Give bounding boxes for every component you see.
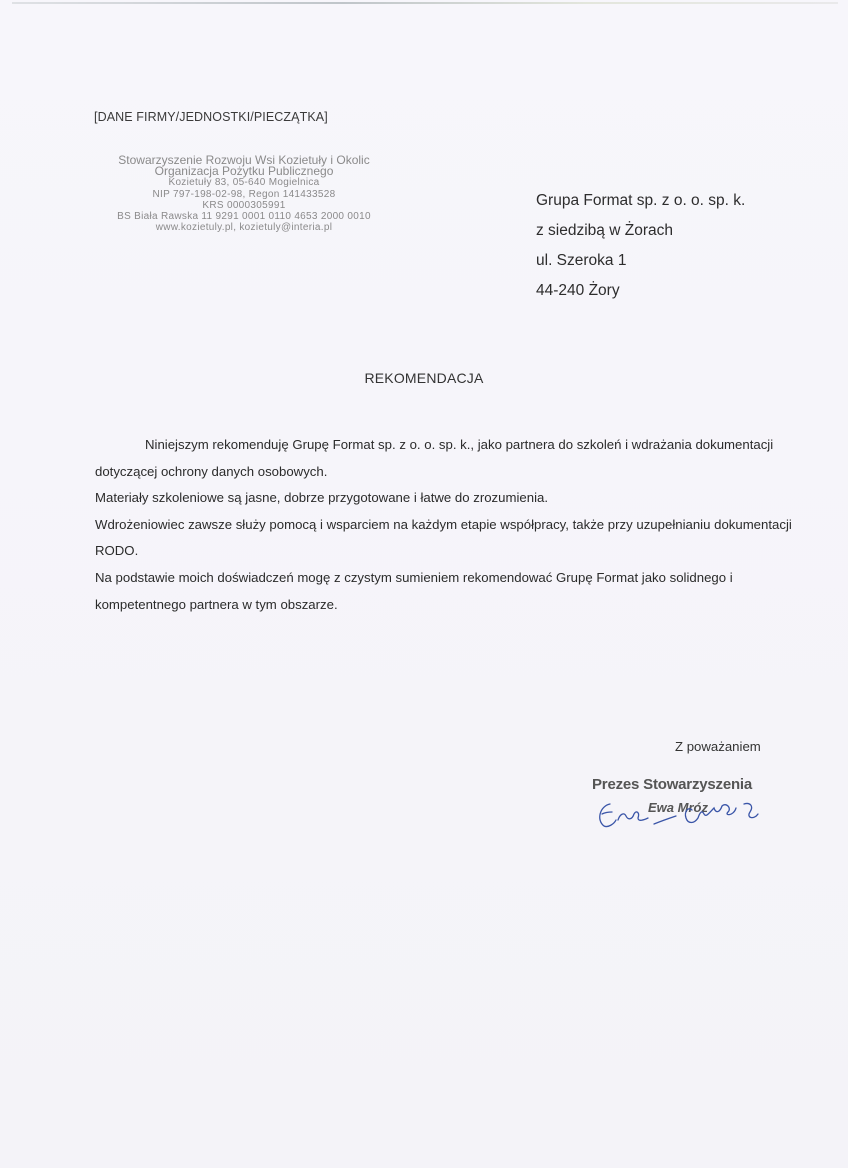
recipient-line: Grupa Format sp. z o. o. sp. k. [536, 192, 745, 222]
handwritten-signature-icon [594, 790, 794, 840]
stamp-line: www.kozietuly.pl, kozietuly@interia.pl [94, 222, 394, 233]
letter-body: Niniejszym rekomenduję Grupę Format sp. … [95, 432, 815, 618]
recipient-line: 44-240 Żory [536, 282, 745, 312]
stamp-line: NIP 797-198-02-98, Regon 141433528 [94, 189, 394, 200]
stamp-line: Organizacja Pożytku Publicznego [94, 166, 394, 177]
organization-stamp: Stowarzyszenie Rozwoju Wsi Kozietuły i O… [94, 155, 394, 233]
body-paragraph: Na podstawie moich doświadczeń mogę z cz… [95, 565, 815, 618]
stamp-line: Kozietuły 83, 05-640 Mogielnica [94, 177, 394, 188]
closing-salutation: Z poważaniem [675, 739, 761, 754]
body-paragraph: Wdrożeniowiec zawsze służy pomocą i wspa… [95, 512, 815, 565]
body-paragraph: Niniejszym rekomenduję Grupę Format sp. … [95, 432, 815, 485]
stamp-line: KRS 0000305991 [94, 200, 394, 211]
recipient-line: ul. Szeroka 1 [536, 252, 745, 282]
company-placeholder-header: [DANE FIRMY/JEDNOSTKI/PIECZĄTKA] [94, 110, 328, 124]
recipient-address: Grupa Format sp. z o. o. sp. k. z siedzi… [536, 192, 745, 312]
stamp-line: BS Biała Rawska 11 9291 0001 0110 4653 2… [94, 211, 394, 222]
body-paragraph: Materiały szkoleniowe są jasne, dobrze p… [95, 485, 815, 512]
scan-edge-artifact [12, 2, 838, 4]
scanned-letter-page: [DANE FIRMY/JEDNOSTKI/PIECZĄTKA] Stowarz… [0, 0, 848, 1168]
recipient-line: z siedzibą w Żorach [536, 222, 745, 252]
document-title: REKOMENDACJA [0, 370, 848, 386]
